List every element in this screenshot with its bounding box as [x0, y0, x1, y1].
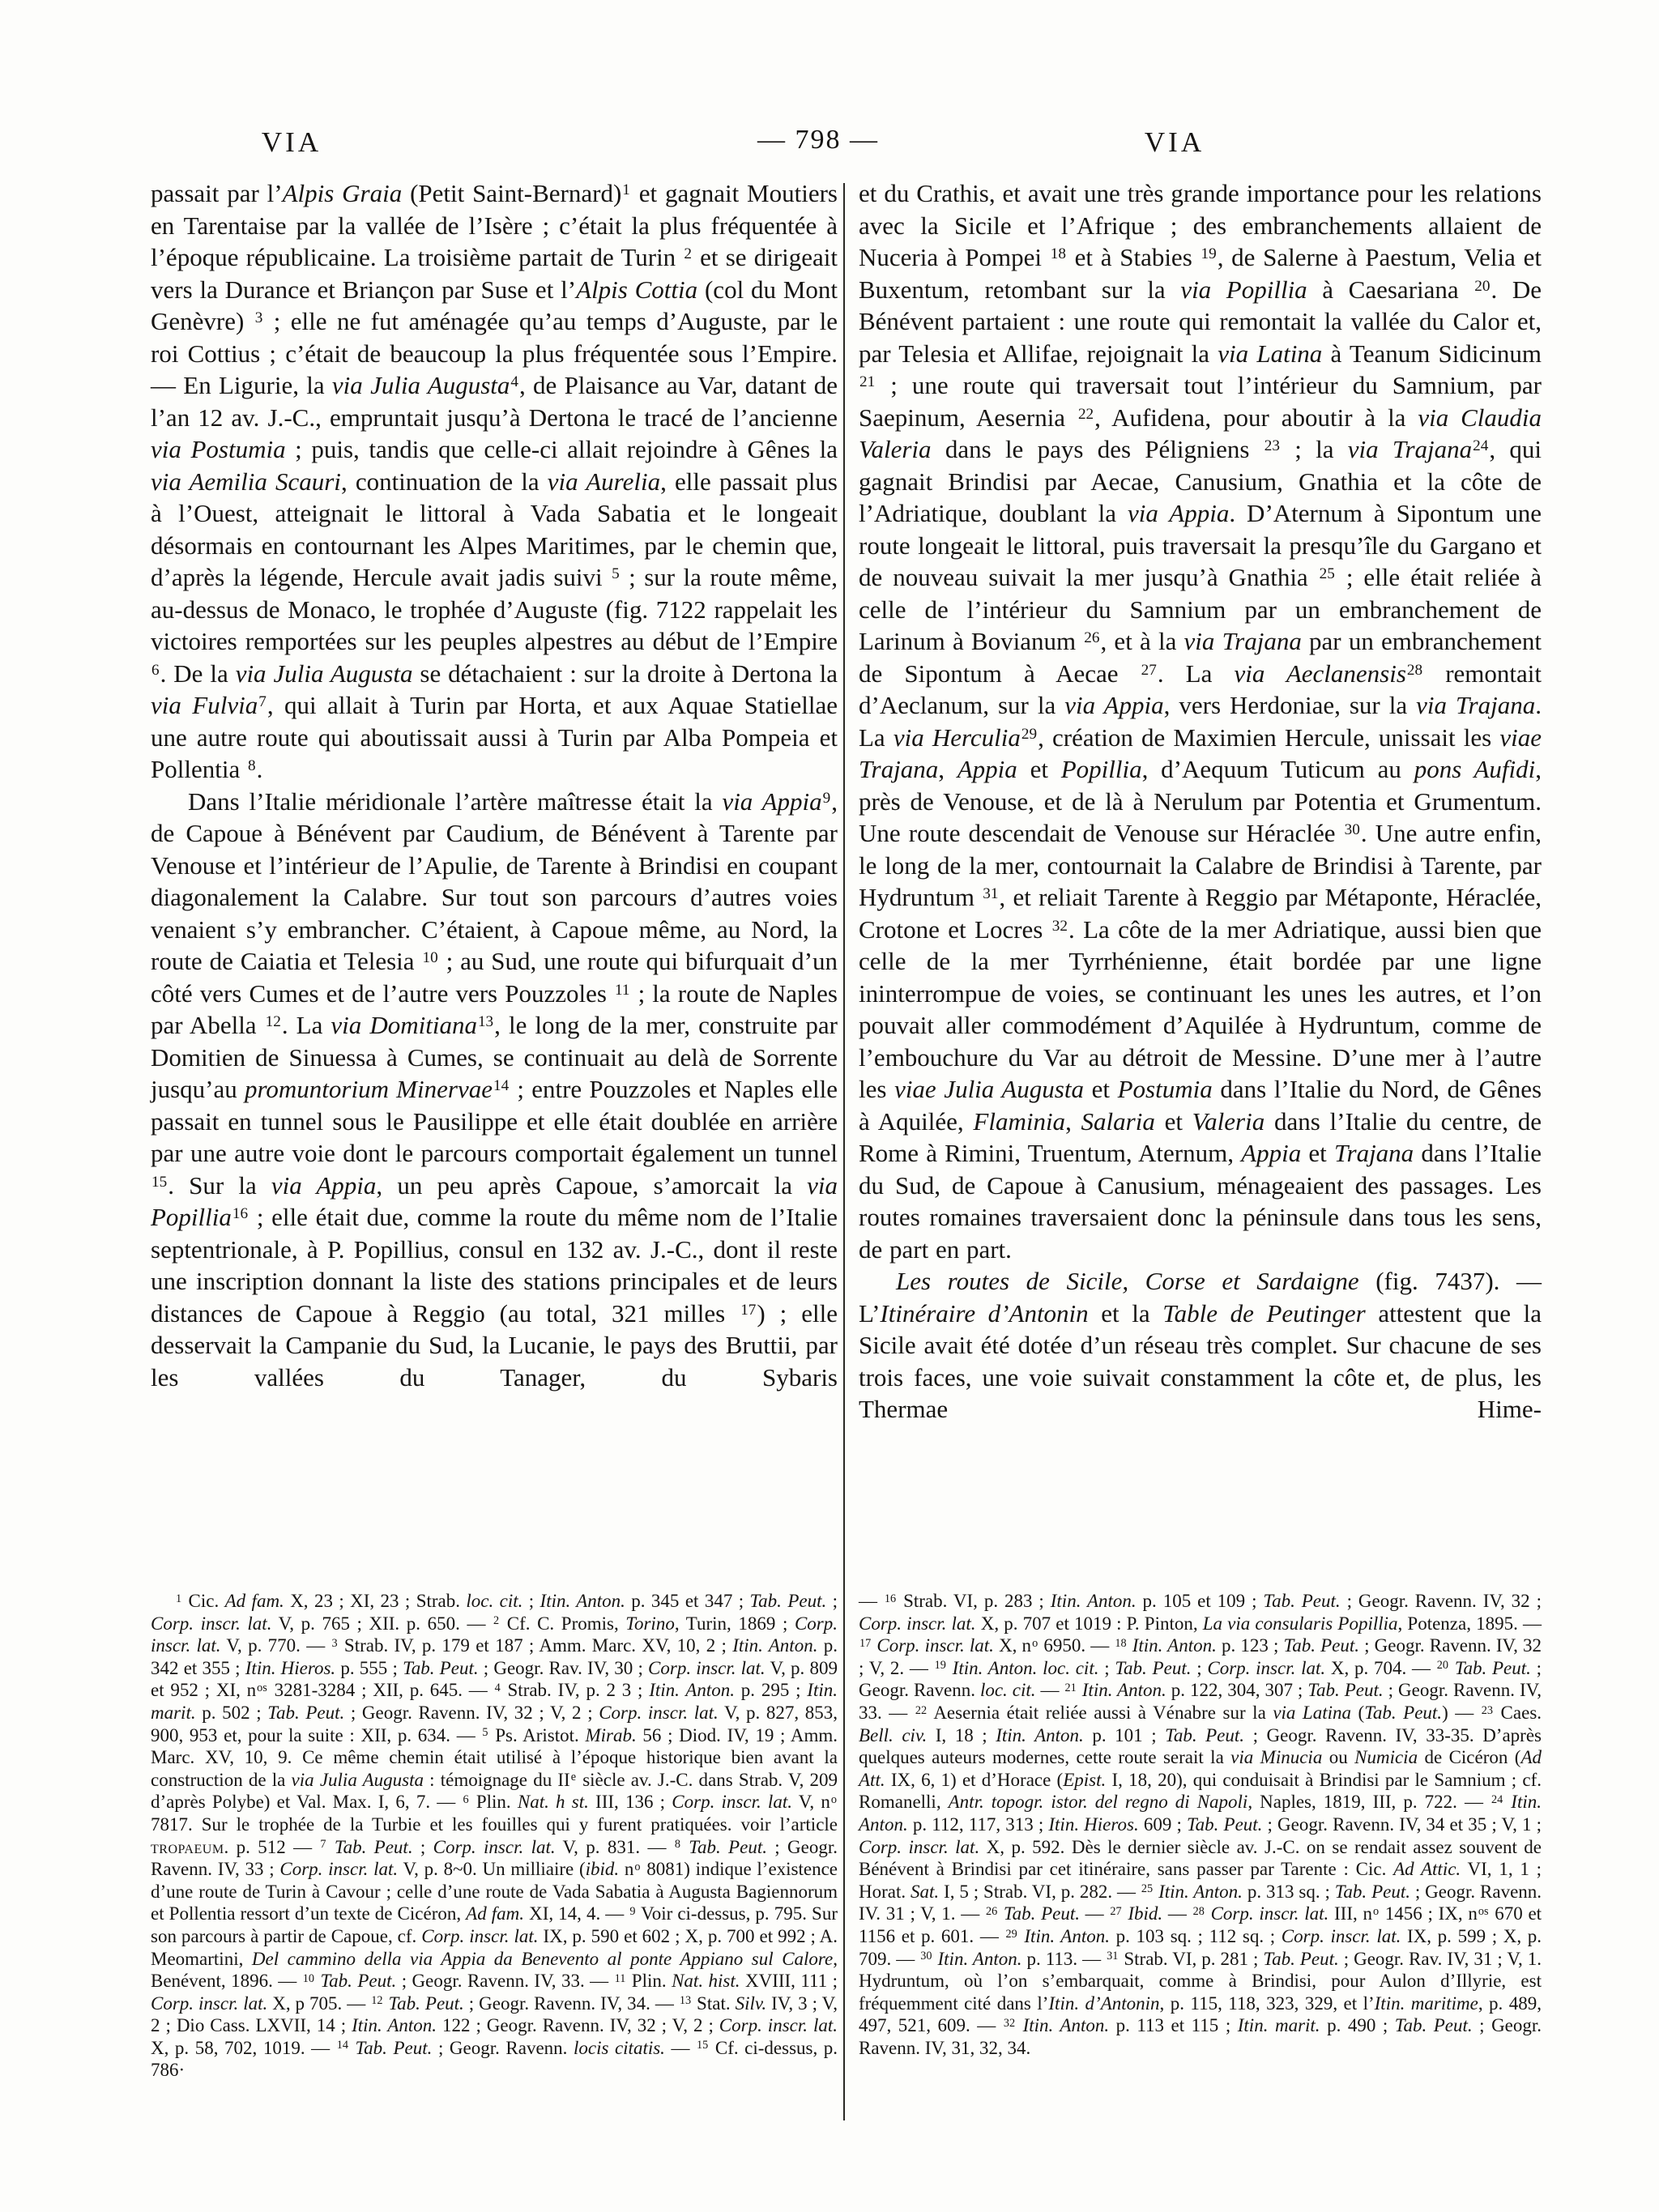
footnote-reference: 6 — [151, 662, 160, 679]
text-run: Tab. Peut. — [1004, 1903, 1080, 1924]
text-run: Ad fam. — [225, 1591, 284, 1611]
text-run: via Julia Augusta — [292, 1770, 424, 1790]
text-run: Valeria — [1192, 1107, 1265, 1136]
footnote-reference: o — [1031, 1637, 1038, 1650]
footnote-reference: 25 — [1319, 565, 1336, 582]
text-run: via Trajana — [1184, 627, 1302, 655]
text-run: Corp. inscr. lat. — [648, 1658, 766, 1678]
text-run: promuntorium Minervae — [245, 1075, 493, 1103]
text-run: Del cammino della via Appia da Benevento… — [252, 1949, 833, 1969]
text-run: 1456 ; IX, n — [1380, 1903, 1478, 1924]
text-run: III, n — [1328, 1903, 1372, 1924]
text-run: XVIII, 111 ; — [740, 1971, 838, 1991]
footnote-reference: 23 — [1264, 437, 1281, 454]
text-run: Mirab. — [585, 1725, 636, 1745]
text-run — [998, 1903, 1004, 1924]
text-run: ; — [1098, 1658, 1115, 1678]
footnote-reference: 29 — [1021, 726, 1038, 743]
paragraph: 1 Cic. Ad fam. X, 23 ; XI, 23 ; Strab. l… — [151, 1590, 838, 2082]
text-run: Itin. Anton. — [996, 1725, 1084, 1745]
text-run: p. 113. — — [1021, 1949, 1106, 1969]
text-run: n — [619, 1859, 633, 1879]
footnote-reference: o — [830, 1793, 838, 1806]
text-run: via Appia — [722, 787, 821, 816]
text-run: ) — — [1442, 1703, 1481, 1723]
footnote-reference: 31 — [1106, 1950, 1119, 1963]
text-run: Corp. inscr. lat. — [1207, 1658, 1325, 1678]
footnote-reference: 32 — [1051, 918, 1068, 935]
text-run: Tab. Peut. — [1165, 1725, 1244, 1745]
text-run: Caes. — [1494, 1703, 1542, 1723]
text-run: Tab. Peut. — [403, 1658, 479, 1678]
text-run: Tab. Peut. — [388, 1993, 463, 2014]
text-run: p. 555 ; — [335, 1658, 403, 1678]
text-run: Bell. civ. — [859, 1725, 927, 1745]
running-head-right: VIA — [1090, 126, 1260, 159]
text-run: Itin. Anton. — [1051, 1591, 1137, 1611]
footnote-reference: 6 — [463, 1793, 470, 1806]
text-run — [349, 2038, 356, 2058]
column-divider-rule — [843, 183, 845, 2120]
text-run: Corp. inscr. lat. — [599, 1703, 719, 1723]
footnote-reference: 10 — [421, 949, 438, 966]
text-run: Dans l’Italie méridionale l’artère maîtr… — [188, 787, 722, 816]
footnote-reference: 13 — [477, 1013, 494, 1030]
text-run — [327, 1837, 335, 1857]
text-run: ; elle était due, comme la route du même… — [151, 1203, 838, 1328]
text-run: p. 112, 117, 313 ; — [908, 1814, 1049, 1835]
text-run: ; Geogr. Ravenn. IV, 32 ; V, 2 ; — [344, 1703, 599, 1723]
footnote-reference: 22 — [1077, 406, 1094, 423]
text-run: Numicia — [1354, 1747, 1418, 1767]
text-run: Flaminia — [973, 1107, 1065, 1136]
text-run: Tab. Peut. — [1263, 1949, 1338, 1969]
text-run: à Teanum Sidicinum — [1322, 339, 1542, 368]
text-run: III, 136 ; — [589, 1792, 672, 1812]
footnote-reference: 10 — [302, 1972, 315, 1985]
text-run: 3281-3284 ; XII, p. 645. — — [268, 1680, 494, 1700]
text-run: . — [257, 755, 263, 783]
footnote-reference: 11 — [614, 1972, 627, 1985]
text-run: Tab. Peut. — [1187, 1814, 1262, 1835]
text-run: Ad fam. — [466, 1903, 524, 1924]
text-run: p. 295 ; — [735, 1680, 807, 1700]
text-run: p. 122, 304, 307 ; — [1166, 1680, 1308, 1700]
text-run: ; — [413, 1837, 433, 1857]
text-run: Ps. Aristot. — [489, 1725, 586, 1745]
text-run: . La — [282, 1011, 331, 1039]
footnote-reference: 28 — [1192, 1905, 1205, 1918]
text-run: Cic. — [182, 1591, 224, 1611]
footnote-reference: os — [256, 1681, 268, 1694]
text-run: se détachaient : sur la droite à Dertona… — [412, 659, 838, 688]
footnote-reference: 26 — [1083, 629, 1100, 646]
text-run: — — [1036, 1680, 1064, 1700]
text-run: et — [1155, 1107, 1192, 1136]
text-run: , — [938, 755, 957, 783]
text-run: , p. 115, 118, 323, 329, et l’ — [1160, 1993, 1375, 2014]
text-run: Nat. hist. — [672, 1971, 740, 1991]
text-run: Strab. VI, p. 283 ; — [897, 1591, 1051, 1611]
footnote-reference: 2 — [493, 1614, 500, 1627]
text-run: via Aurelia — [548, 467, 660, 496]
footnote-reference: 19 — [1200, 245, 1217, 262]
footnote-reference: 26 — [985, 1905, 998, 1918]
text-run: V, p. 770. — — [221, 1635, 331, 1656]
footnote-reference: 1 — [175, 1592, 182, 1605]
text-run: ; — [826, 1591, 838, 1611]
text-run: Stat. — [692, 1993, 736, 2014]
text-run: et — [1301, 1139, 1334, 1167]
footnote-reference: 31 — [982, 885, 999, 902]
footnote-reference: 22 — [915, 1704, 928, 1717]
text-run: Itin. Anton. loc. cit. — [953, 1658, 1099, 1678]
footnote-reference: 15 — [151, 1174, 168, 1191]
text-run: p. 502 ; — [196, 1703, 268, 1723]
text-run: via Appia — [1064, 691, 1163, 719]
text-run: et — [1017, 755, 1061, 783]
footnote-reference: 18 — [1114, 1637, 1127, 1650]
text-run: Torino — [625, 1613, 675, 1634]
paragraph: Dans l’Italie méridionale l’artère maîtr… — [151, 786, 838, 1394]
text-run: , Aufidena, pour aboutir à la — [1094, 403, 1418, 432]
text-run: I, 18 ; — [927, 1725, 996, 1745]
text-run: et à Stabies — [1067, 243, 1201, 271]
text-run: p. 123 ; — [1217, 1635, 1284, 1656]
footnote-reference: 12 — [265, 1013, 282, 1030]
text-run: , — [1065, 1107, 1081, 1136]
running-head-left: VIA — [207, 126, 377, 159]
paragraph: et du Crathis, et avait une très grande … — [859, 177, 1542, 1265]
text-run: Silv. — [736, 1993, 767, 2014]
footnote-reference: 21 — [1064, 1681, 1077, 1694]
text-run: IX, 6, 1) et d’Horace ( — [885, 1770, 1064, 1790]
text-run: Aesernia était reliée aussi à Vénabre su… — [928, 1703, 1273, 1723]
text-run: Itin. Anton. — [1158, 1882, 1243, 1902]
footnote-reference: 8 — [247, 757, 257, 774]
text-run: pons Aufidi — [1414, 755, 1536, 783]
text-run: Strab. IV, p. 179 et 187 ; Amm. Marc. XV… — [339, 1635, 733, 1656]
text-run: Salaria — [1081, 1107, 1155, 1136]
text-run: , Turin, 1869 ; — [675, 1613, 795, 1634]
text-run: Ibid. — [1128, 1903, 1162, 1924]
scanned-book-page: VIA — 798 — VIA passait par l’Alpis Grai… — [0, 0, 1659, 2212]
text-run: . Sur la — [168, 1171, 271, 1200]
text-run: Table de Peutinger — [1162, 1299, 1365, 1328]
text-run: Epist. — [1063, 1770, 1106, 1790]
footnote-reference: 17 — [740, 1302, 757, 1319]
footnote-reference: 18 — [1050, 245, 1067, 262]
footnote-reference: 1 — [621, 181, 631, 198]
footnote-reference: 9 — [629, 1905, 636, 1918]
footnote-reference: 15 — [696, 2039, 709, 2052]
footnote-reference: 13 — [679, 1994, 692, 2007]
footnote-reference: 28 — [1406, 662, 1423, 679]
text-run: (Petit Saint-Bernard) — [402, 179, 621, 207]
text-run — [681, 1837, 689, 1857]
footnote-reference: 21 — [859, 373, 876, 390]
text-run: Tab. Peut. — [1455, 1658, 1531, 1678]
text-run: Tab. Peut. — [1307, 1680, 1383, 1700]
footnote-reference: 25 — [1141, 1882, 1154, 1895]
text-run: , un peu après Capoue, s’amorcait la — [376, 1171, 807, 1200]
text-run: — — [859, 1591, 884, 1611]
text-run: X, 23 ; XI, 23 ; Strab. — [284, 1591, 467, 1611]
text-run: , vers Herdoniae, sur la — [1164, 691, 1417, 719]
text-run: ; Geogr. Rav. IV, 30 ; — [479, 1658, 648, 1678]
text-run: et la — [1089, 1299, 1163, 1328]
text-run — [1016, 2015, 1023, 2035]
text-run: via Herculia — [893, 723, 1021, 752]
footnote-reference: 5 — [611, 565, 621, 582]
text-run — [1205, 1903, 1211, 1924]
text-run: Alpis Cottia — [576, 275, 697, 304]
text-run: Itin. Hieros. — [245, 1658, 335, 1678]
right-column-body: et du Crathis, et avait une très grande … — [859, 177, 1542, 1426]
text-run: ; — [1191, 1658, 1207, 1678]
text-run: Itin. Anton. — [938, 1949, 1022, 1969]
text-run: Strab. VI, p. 281 ; — [1119, 1949, 1263, 1969]
text-run: Corp. inscr. lat. — [1211, 1903, 1329, 1924]
text-run: Corp. inscr. lat. — [859, 1613, 976, 1634]
text-run: Tab. Peut. — [335, 1837, 413, 1857]
footnote-reference: 7 — [319, 1838, 326, 1851]
footnote-reference: os — [1478, 1905, 1490, 1918]
text-run: via Latina — [1218, 339, 1322, 368]
text-run: Alpis Graia — [283, 179, 403, 207]
text-run: Plin. — [470, 1792, 518, 1812]
text-run: Tab. Peut. — [1395, 2015, 1473, 2035]
text-run: Tab. Peut. — [1335, 1882, 1410, 1902]
text-run: , continuation de la — [341, 467, 548, 496]
text-run: ibid. — [586, 1859, 620, 1879]
text-run: via Trajana — [1416, 691, 1535, 719]
text-run: — — [665, 2038, 696, 2058]
paragraph: Les routes de Sicile, Corse et Sardaigne… — [859, 1265, 1542, 1426]
text-run: La via consularis Popillia — [1203, 1613, 1398, 1634]
text-run: Itinéraire d’Antonin — [880, 1299, 1088, 1328]
text-run: Les routes de Sicile, Corse et Sardaigne — [896, 1267, 1359, 1295]
text-run: ; Geogr. Ravenn. IV, 34. — — [464, 1993, 679, 2014]
text-run: Corp. inscr. lat. — [151, 1993, 267, 2014]
footnote-reference: 30 — [1344, 821, 1361, 838]
footnote-reference: 17 — [859, 1637, 872, 1650]
footnote-reference: 24 — [1491, 1793, 1503, 1806]
text-run: Corp. inscr. lat. — [151, 1613, 271, 1634]
text-run: ; Geogr. Ravenn. IV, 34 et 35 ; V, 1 ; — [1262, 1814, 1542, 1835]
text-run: 7817. Sur le trophée de la Turbie et les… — [151, 1814, 838, 1835]
text-run: X, p. 704. — — [1325, 1658, 1436, 1678]
text-run: I, 5 ; Strab. VI, p. 282. — — [939, 1882, 1141, 1902]
text-run: Corp. inscr. lat. — [672, 1792, 792, 1812]
text-run: et — [1084, 1075, 1118, 1103]
text-run: p. 345 et 347 ; — [625, 1591, 750, 1611]
paragraph: passait par l’Alpis Graia (Petit Saint-B… — [151, 177, 838, 786]
text-run: Antr. topogr. istor. del regno di Napoli — [949, 1792, 1248, 1812]
text-run: via Domitiana — [331, 1011, 477, 1039]
text-run: , Potenza, 1895. — — [1398, 1613, 1542, 1634]
footnote-reference: 24 — [1472, 437, 1489, 454]
text-run: X, p. 58, 702, 1019. — — [151, 2038, 336, 2058]
footnote-reference: 23 — [1481, 1704, 1494, 1717]
text-run: Tab. Peut. — [267, 1703, 344, 1723]
text-run: passait par l’ — [151, 179, 283, 207]
text-run: via Aeclanensis — [1234, 659, 1405, 688]
text-run: Corp. inscr. lat. — [433, 1837, 556, 1857]
text-run: p. 113 et 115 ; — [1109, 2015, 1238, 2035]
text-run: p. 105 et 109 ; — [1137, 1591, 1264, 1611]
footnote-reference: e — [570, 1771, 577, 1784]
footnote-reference: 14 — [493, 1077, 510, 1094]
footnote-reference: 16 — [232, 1205, 249, 1222]
text-run: Tab. Peut. — [1284, 1635, 1359, 1656]
text-run: via Minucia — [1230, 1747, 1322, 1767]
text-run: ; Geogr. Ravenn. — [432, 2038, 574, 2058]
text-run: , création de Maximien Hercule, unissait… — [1038, 723, 1499, 752]
text-run: Corp. inscr. lat. — [279, 1859, 398, 1879]
text-run: via Fulvia — [151, 691, 258, 719]
text-run: tropaeum — [151, 1837, 224, 1857]
footnote-reference: 4 — [510, 373, 519, 390]
footnote-reference: 20 — [1473, 278, 1491, 295]
text-run: p. 103 sq. ; 112 sq. ; — [1110, 1926, 1282, 1946]
footnote-reference: 8 — [674, 1838, 681, 1851]
text-run: ; Geogr. Ravenn. IV, 32 ; — [1341, 1591, 1542, 1611]
footnote-reference: 30 — [919, 1950, 932, 1963]
text-run: via Julia Augusta — [332, 371, 510, 399]
text-run: Itin. Anton. — [1132, 1635, 1217, 1656]
text-run: ; — [522, 1591, 539, 1611]
text-run: Itin. maritime — [1375, 1993, 1478, 2014]
text-run: viae Julia Augusta — [894, 1075, 1084, 1103]
footnote-reference: 9 — [822, 790, 832, 807]
text-run: Itin. Anton. — [732, 1635, 817, 1656]
text-run: . La — [1158, 659, 1235, 688]
text-run: Itin. Anton. — [352, 2015, 437, 2035]
text-run: X, p. 707 et 1019 : P. Pinton, — [976, 1613, 1203, 1634]
text-run: — — [1080, 1903, 1109, 1924]
text-run: locis citatis. — [574, 2038, 665, 2058]
text-run: X, p 705. — — [267, 1993, 370, 2014]
text-run: V, p. 8~0. Un milliaire ( — [398, 1859, 586, 1879]
text-run: XI, 14, 4. — — [524, 1903, 629, 1924]
text-run: Corp. inscr. lat. — [876, 1635, 994, 1656]
footnote-reference: 14 — [336, 2039, 349, 2052]
text-run: Cf. C. Promis, — [500, 1613, 625, 1634]
text-run: p. 490 ; — [1320, 2015, 1395, 2035]
page-number: — 798 — — [680, 125, 956, 156]
text-run: , d’Aequum Tuticum au — [1142, 755, 1414, 783]
footnote-reference: 29 — [1004, 1928, 1017, 1941]
text-run: ; Geogr. Ravenn. IV, 33. — — [396, 1971, 613, 1991]
footnote-reference: 12 — [370, 1994, 383, 2007]
text-run: V, p. 831. — — [556, 1837, 674, 1857]
text-run: Strab. IV, p. 2 3 ; — [501, 1680, 650, 1700]
text-run: — — [1162, 1903, 1192, 1924]
text-run: : témoignage du II — [424, 1770, 570, 1790]
text-run: Appia — [1241, 1139, 1301, 1167]
footnote-reference: 4 — [494, 1681, 501, 1694]
text-run: p. 313 sq. ; — [1243, 1882, 1335, 1902]
text-run: Corp. inscr. lat. — [421, 1926, 538, 1946]
text-run: , et à la — [1100, 627, 1183, 655]
text-run: via Julia Augusta — [236, 659, 413, 688]
paragraph: — 16 Strab. VI, p. 283 ; Itin. Anton. p.… — [859, 1590, 1542, 2059]
footnote-reference: 27 — [1141, 662, 1158, 679]
footnote-reference: 20 — [1436, 1659, 1449, 1672]
text-run: ( — [1351, 1703, 1364, 1723]
text-run: via Appia — [271, 1171, 377, 1200]
footnote-reference: 27 — [1109, 1905, 1122, 1918]
text-run: Itin. Anton. — [1024, 1926, 1110, 1946]
text-run: Corp. inscr. lat. — [1282, 1926, 1401, 1946]
text-run: Appia — [957, 755, 1017, 783]
left-column-body: passait par l’Alpis Graia (Petit Saint-B… — [151, 177, 838, 1393]
text-run: Itin. Anton. — [540, 1591, 625, 1611]
text-run: via Appia — [1128, 499, 1229, 527]
text-run: de Cicéron ( — [1418, 1747, 1520, 1767]
text-run: via Popillia — [1180, 275, 1307, 304]
text-run: Itin. marit. — [1238, 2015, 1320, 2035]
text-run: via Trajana — [1348, 435, 1472, 463]
footnote-reference: 3 — [254, 309, 264, 326]
footnote-reference: 7 — [258, 693, 267, 710]
footnote-reference: 19 — [934, 1659, 947, 1672]
text-run: loc. cit. — [980, 1680, 1036, 1700]
text-run: V, p. 765 ; XII. p. 650. — — [271, 1613, 493, 1634]
text-run: via Latina — [1273, 1703, 1351, 1723]
text-run: Popillia — [1061, 755, 1142, 783]
text-run: p. 101 ; — [1084, 1725, 1165, 1745]
text-run: Corp. inscr. lat. — [859, 1837, 979, 1857]
text-run: , Naples, 1819, III, p. 722. — — [1247, 1792, 1491, 1812]
footnote-reference: o — [633, 1860, 641, 1873]
text-run: Itin. Hieros. — [1048, 1814, 1138, 1835]
text-run: ; la — [1281, 435, 1348, 463]
footnote-reference: o — [1372, 1905, 1380, 1918]
text-run: Nat. h st. — [518, 1792, 589, 1812]
text-run: ou — [1322, 1747, 1354, 1767]
text-run: Tab. Peut. — [320, 1971, 396, 1991]
text-run: Trajana — [1334, 1139, 1414, 1167]
text-run: 122 ; Geogr. Ravenn. IV, 32 ; V, 2 ; — [437, 2015, 719, 2035]
text-run: Tab. Peut. — [356, 2038, 433, 2058]
text-run: . De la — [160, 659, 236, 688]
left-column-footnotes: 1 Cic. Ad fam. X, 23 ; XI, 23 ; Strab. l… — [151, 1590, 838, 2082]
text-run: Postumia — [1118, 1075, 1213, 1103]
footnote-reference: 3 — [331, 1637, 339, 1650]
text-run: Itin. Anton. — [1082, 1680, 1166, 1700]
right-column-footnotes: — 16 Strab. VI, p. 283 ; Itin. Anton. p.… — [859, 1590, 1542, 2059]
text-run — [1449, 1658, 1455, 1678]
text-run — [947, 1658, 953, 1678]
footnote-reference: 5 — [481, 1726, 488, 1739]
text-run — [1503, 1792, 1511, 1812]
text-run: Ad Attic. — [1393, 1859, 1461, 1879]
text-run: Corp. inscr. lat. — [719, 2015, 838, 2035]
text-run: Plin. — [626, 1971, 672, 1991]
text-run: Tab. Peut. — [1364, 1703, 1442, 1723]
text-run: via Postumia — [151, 435, 286, 463]
text-run: Tab. Peut. — [750, 1591, 827, 1611]
text-run: X, n — [994, 1635, 1031, 1656]
footnote-reference: 11 — [614, 982, 631, 999]
text-run: Itin. Anton. — [649, 1680, 735, 1700]
footnote-reference: 2 — [683, 245, 693, 262]
text-run: à Caesariana — [1307, 275, 1474, 304]
text-run: loc. cit. — [466, 1591, 522, 1611]
text-run: ; puis, tandis que celle-ci allait rejoi… — [286, 435, 838, 463]
